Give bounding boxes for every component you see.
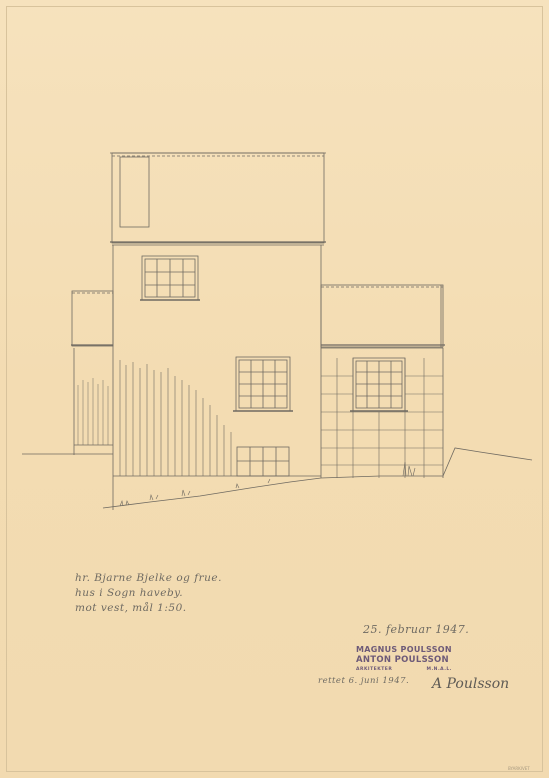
stamp-profession: ARKITEKTER (356, 667, 392, 672)
board-cladding (120, 360, 231, 476)
caption-client: hr. Bjarne Bjelke og frue. (75, 571, 222, 586)
grass (120, 462, 415, 506)
left-annex (22, 291, 113, 455)
basement-window (237, 447, 289, 476)
signature: A Poulsson (432, 676, 509, 692)
drawing-caption: hr. Bjarne Bjelke og frue. hus i Sogn ha… (75, 571, 222, 616)
architect-stamp: MAGNUS POULSSON ANTON POULSSON ARKITEKTE… (356, 645, 452, 672)
caption-view-scale: mot vest, mål 1:50. (75, 601, 222, 616)
stamp-line-3: ARKITEKTER M.N.A.L. (356, 667, 452, 672)
archive-mark: BYARKIVET (508, 766, 530, 771)
revision-note: rettet 6. juni 1947. (318, 676, 409, 686)
ground-line (103, 448, 532, 508)
right-annex (321, 285, 445, 478)
elevation-drawing (0, 0, 549, 778)
main-roof (110, 153, 326, 245)
upper-window (140, 256, 200, 300)
stamp-line-2: ANTON POULSSON (356, 655, 452, 665)
middle-window (233, 357, 293, 411)
drawing-sheet: hr. Bjarne Bjelke og frue. hus i Sogn ha… (0, 0, 549, 778)
stamp-line-1: MAGNUS POULSSON (356, 645, 452, 654)
caption-location: hus i Sogn haveby. (75, 586, 222, 601)
drawing-date: 25. februar 1947. (363, 623, 469, 636)
stamp-association: M.N.A.L. (426, 667, 452, 672)
